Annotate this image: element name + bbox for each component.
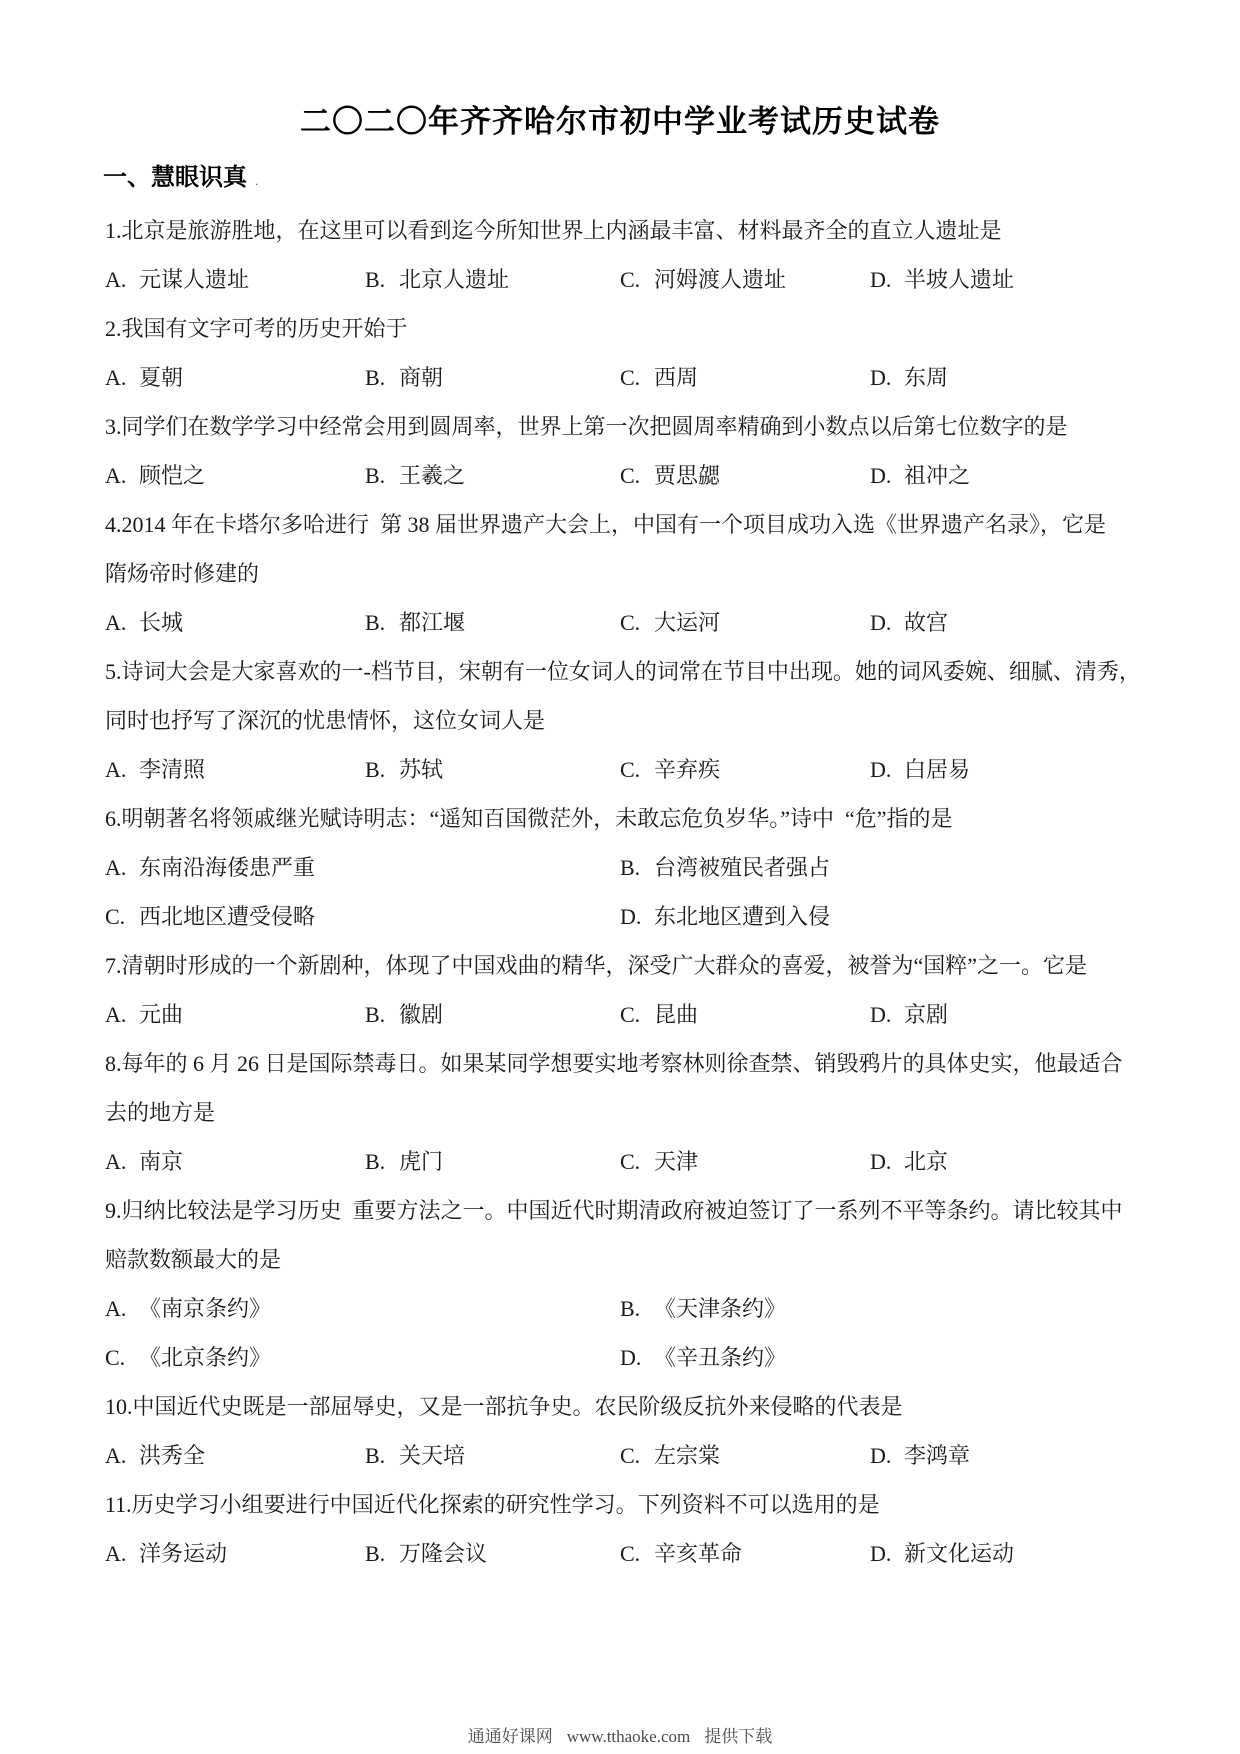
option-letter: D. xyxy=(870,1137,904,1186)
option-text: 西周 xyxy=(654,365,698,390)
exam-body: 1.北京是旅游胜地，在这里可以看到迄今所知世界上内涵最丰富、材料最齐全的直立人遗… xyxy=(105,206,1145,1578)
question-10-options: A.洪秀全 B.关天培 C.左宗棠 D.李鸿章 xyxy=(105,1431,1145,1480)
option-text: 《辛丑条约》 xyxy=(654,1345,786,1370)
question-4-option-d: D.故宫 xyxy=(870,598,1145,647)
option-letter: A. xyxy=(105,745,139,794)
question-5-option-d: D.白居易 xyxy=(870,745,1145,794)
option-letter: D. xyxy=(870,745,904,794)
option-text: 故宫 xyxy=(904,610,948,635)
question-6-text: 6.明朝著名将领戚继光赋诗明志：“遥知百国微茫外，未敢忘危负岁华。”诗中 “危”… xyxy=(105,794,1145,843)
question-10-option-a: A.洪秀全 xyxy=(105,1431,365,1480)
question-4-options: A.长城 B.都江堰 C.大运河 D.故宫 xyxy=(105,598,1145,647)
question-7-option-c: C.昆曲 xyxy=(620,990,870,1039)
question-11-text: 11.历史学习小组要进行中国近代化探索的研究性学习。下列资料不可以选用的是 xyxy=(105,1480,1145,1529)
option-text: 昆曲 xyxy=(654,1002,698,1027)
question-4-option-a: A.长城 xyxy=(105,598,365,647)
question-1-options: A.元谋人遗址 B.北京人遗址 C.河姆渡人遗址 D.半坡人遗址 xyxy=(105,255,1145,304)
question-7-option-b: B.徽剧 xyxy=(365,990,620,1039)
section-heading-mark: . xyxy=(255,174,258,188)
question-2-option-b: B.商朝 xyxy=(365,353,620,402)
question-8-option-c: C.天津 xyxy=(620,1137,870,1186)
option-text: 辛亥革命 xyxy=(654,1541,742,1566)
option-letter: B. xyxy=(365,1431,399,1480)
option-text: 《天津条约》 xyxy=(654,1296,786,1321)
question-10-option-d: D.李鸿章 xyxy=(870,1431,1145,1480)
question-3-options: A.顾恺之 B.王羲之 C.贾思勰 D.祖冲之 xyxy=(105,451,1145,500)
option-letter: A. xyxy=(105,353,139,402)
question-10-option-c: C.左宗棠 xyxy=(620,1431,870,1480)
question-9-options-row-2: C.《北京条约》 D.《辛丑条约》 xyxy=(105,1333,1145,1382)
option-letter: B. xyxy=(365,1137,399,1186)
question-1-option-b: B.北京人遗址 xyxy=(365,255,620,304)
option-text: 辛弃疾 xyxy=(654,757,720,782)
option-letter: B. xyxy=(365,451,399,500)
question-3-option-d: D.祖冲之 xyxy=(870,451,1145,500)
section-heading: 一、慧眼识真. xyxy=(103,157,258,192)
option-text: 贾思勰 xyxy=(654,463,720,488)
option-text: 左宗棠 xyxy=(654,1443,720,1468)
question-10-text: 10.中国近代史既是一部屈辱史，又是一部抗争史。农民阶级反抗外来侵略的代表是 xyxy=(105,1382,1145,1431)
question-6-option-a: A.东南沿海倭患严重 xyxy=(105,843,620,892)
question-5-options: A.李清照 B.苏轼 C.辛弃疾 D.白居易 xyxy=(105,745,1145,794)
option-text: 《南京条约》 xyxy=(139,1296,271,1321)
question-3-option-a: A.顾恺之 xyxy=(105,451,365,500)
option-letter: C. xyxy=(620,255,654,304)
question-4-text-2: 隋炀帝时修建的 xyxy=(105,549,1145,598)
option-text: 西北地区遭受侵略 xyxy=(139,904,315,929)
option-letter: C. xyxy=(620,598,654,647)
question-3-text: 3.同学们在数学学习中经常会用到圆周率，世界上第一次把圆周率精确到小数点以后第七… xyxy=(105,402,1145,451)
question-9-option-d: D.《辛丑条约》 xyxy=(620,1333,1145,1382)
footer-url: www.tthaoke.com xyxy=(567,1727,691,1746)
question-8-text-2: 去的地方是 xyxy=(105,1088,1145,1137)
option-text: 关天培 xyxy=(399,1443,465,1468)
option-text: 京剧 xyxy=(904,1002,948,1027)
option-letter: A. xyxy=(105,1529,139,1578)
question-6-option-c: C.西北地区遭受侵略 xyxy=(105,892,620,941)
option-letter: B. xyxy=(620,843,654,892)
option-letter: C. xyxy=(620,1529,654,1578)
option-letter: A. xyxy=(105,255,139,304)
question-3-option-c: C.贾思勰 xyxy=(620,451,870,500)
question-1-option-c: C.河姆渡人遗址 xyxy=(620,255,870,304)
option-letter: C. xyxy=(620,1137,654,1186)
option-letter: A. xyxy=(105,1431,139,1480)
option-letter: C. xyxy=(620,353,654,402)
option-text: 北京人遗址 xyxy=(399,267,509,292)
question-11-option-d: D.新文化运动 xyxy=(870,1529,1145,1578)
option-text: 李清照 xyxy=(139,757,205,782)
option-letter: A. xyxy=(105,990,139,1039)
option-text: 新文化运动 xyxy=(904,1541,1014,1566)
question-1-option-a: A.元谋人遗址 xyxy=(105,255,365,304)
question-9-text: 9.归纳比较法是学习历史 重要方法之一。中国近代时期清政府被迫签订了一系列不平等… xyxy=(105,1186,1145,1235)
option-letter: D. xyxy=(620,1333,654,1382)
option-text: 都江堰 xyxy=(399,610,465,635)
option-text: 虎门 xyxy=(399,1149,443,1174)
option-text: 台湾被殖民者强占 xyxy=(654,855,830,880)
option-letter: B. xyxy=(620,1284,654,1333)
question-6-options-row-2: C.西北地区遭受侵略 D.东北地区遭到入侵 xyxy=(105,892,1145,941)
page-footer: 通通好课网www.tthaoke.com提供下载 xyxy=(0,1722,1240,1747)
option-text: 东南沿海倭患严重 xyxy=(139,855,315,880)
option-text: 半坡人遗址 xyxy=(904,267,1014,292)
question-9-options-row-1: A.《南京条约》 B.《天津条约》 xyxy=(105,1284,1145,1333)
option-letter: D. xyxy=(870,1431,904,1480)
question-5-option-b: B.苏轼 xyxy=(365,745,620,794)
question-2-text: 2.我国有文字可考的历史开始于 xyxy=(105,304,1145,353)
question-2-options: A.夏朝 B.商朝 C.西周 D.东周 xyxy=(105,353,1145,402)
option-letter: A. xyxy=(105,451,139,500)
option-text: 东周 xyxy=(904,365,948,390)
question-4-option-b: B.都江堰 xyxy=(365,598,620,647)
option-text: 洪秀全 xyxy=(139,1443,205,1468)
option-text: 徽剧 xyxy=(399,1002,443,1027)
option-text: 元谋人遗址 xyxy=(139,267,249,292)
option-letter: B. xyxy=(365,745,399,794)
question-4-text: 4.2014 年在卡塔尔多哈进行 第 38 届世界遗产大会上，中国有一个项目成功… xyxy=(105,500,1145,549)
option-text: 商朝 xyxy=(399,365,443,390)
option-letter: C. xyxy=(105,892,139,941)
option-text: 元曲 xyxy=(139,1002,183,1027)
question-8-option-a: A.南京 xyxy=(105,1137,365,1186)
option-letter: D. xyxy=(870,255,904,304)
option-letter: D. xyxy=(620,892,654,941)
option-letter: B. xyxy=(365,353,399,402)
question-7-option-a: A.元曲 xyxy=(105,990,365,1039)
question-6-option-b: B.台湾被殖民者强占 xyxy=(620,843,1145,892)
question-8-options: A.南京 B.虎门 C.天津 D.北京 xyxy=(105,1137,1145,1186)
option-letter: A. xyxy=(105,843,139,892)
question-11-options: A.洋务运动 B.万隆会议 C.辛亥革命 D.新文化运动 xyxy=(105,1529,1145,1578)
option-letter: C. xyxy=(620,451,654,500)
option-text: 白居易 xyxy=(904,757,970,782)
question-8-option-b: B.虎门 xyxy=(365,1137,620,1186)
option-text: 苏轼 xyxy=(399,757,443,782)
question-11-option-b: B.万隆会议 xyxy=(365,1529,620,1578)
option-letter: D. xyxy=(870,353,904,402)
option-letter: C. xyxy=(105,1333,139,1382)
option-text: 洋务运动 xyxy=(139,1541,227,1566)
question-6-options-row-1: A.东南沿海倭患严重 B.台湾被殖民者强占 xyxy=(105,843,1145,892)
option-letter: C. xyxy=(620,990,654,1039)
question-3-option-b: B.王羲之 xyxy=(365,451,620,500)
question-5-text: 5.诗词大会是大家喜欢的一-档节目，宋朝有一位女词人的词常在节目中出现。她的词风… xyxy=(105,647,1145,696)
option-text: 王羲之 xyxy=(399,463,465,488)
option-text: 河姆渡人遗址 xyxy=(654,267,786,292)
option-letter: A. xyxy=(105,1137,139,1186)
question-5-text-2: 同时也抒写了深沉的忧患情怀，这位女词人是 xyxy=(105,696,1145,745)
option-text: 《北京条约》 xyxy=(139,1345,271,1370)
option-letter: A. xyxy=(105,598,139,647)
option-letter: A. xyxy=(105,1284,139,1333)
option-text: 夏朝 xyxy=(139,365,183,390)
question-6-option-d: D.东北地区遭到入侵 xyxy=(620,892,1145,941)
question-9-text-2: 赔款数额最大的是 xyxy=(105,1235,1145,1284)
option-text: 天津 xyxy=(654,1149,698,1174)
option-text: 大运河 xyxy=(654,610,720,635)
question-8-text: 8.每年的 6 月 26 日是国际禁毒日。如果某同学想要实地考察林则徐查禁、销毁… xyxy=(105,1039,1145,1088)
option-letter: C. xyxy=(620,745,654,794)
option-text: 东北地区遭到入侵 xyxy=(654,904,830,929)
option-letter: B. xyxy=(365,990,399,1039)
question-7-text: 7.清朝时形成的一个新剧种，体现了中国戏曲的精华，深受广大群众的喜爱，被誉为“国… xyxy=(105,941,1145,990)
option-letter: D. xyxy=(870,451,904,500)
question-2-option-d: D.东周 xyxy=(870,353,1145,402)
option-letter: B. xyxy=(365,598,399,647)
question-9-option-b: B.《天津条约》 xyxy=(620,1284,1145,1333)
question-7-option-d: D.京剧 xyxy=(870,990,1145,1039)
question-11-option-a: A.洋务运动 xyxy=(105,1529,365,1578)
page-title: 二〇二〇年齐齐哈尔市初中学业考试历史试卷 xyxy=(0,96,1240,141)
question-10-option-b: B.关天培 xyxy=(365,1431,620,1480)
question-1-option-d: D.半坡人遗址 xyxy=(870,255,1145,304)
question-5-option-c: C.辛弃疾 xyxy=(620,745,870,794)
option-text: 长城 xyxy=(139,610,183,635)
question-8-option-d: D.北京 xyxy=(870,1137,1145,1186)
option-text: 北京 xyxy=(904,1149,948,1174)
option-letter: D. xyxy=(870,598,904,647)
option-letter: B. xyxy=(365,1529,399,1578)
option-text: 李鸿章 xyxy=(904,1443,970,1468)
question-9-option-c: C.《北京条约》 xyxy=(105,1333,620,1382)
question-9-option-a: A.《南京条约》 xyxy=(105,1284,620,1333)
option-text: 万隆会议 xyxy=(399,1541,487,1566)
section-heading-text: 一、慧眼识真 xyxy=(103,164,247,191)
option-text: 祖冲之 xyxy=(904,463,970,488)
option-letter: D. xyxy=(870,1529,904,1578)
question-2-option-a: A.夏朝 xyxy=(105,353,365,402)
question-5-option-a: A.李清照 xyxy=(105,745,365,794)
question-1-text: 1.北京是旅游胜地，在这里可以看到迄今所知世界上内涵最丰富、材料最齐全的直立人遗… xyxy=(105,206,1145,255)
option-text: 南京 xyxy=(139,1149,183,1174)
question-4-option-c: C.大运河 xyxy=(620,598,870,647)
option-letter: D. xyxy=(870,990,904,1039)
option-letter: C. xyxy=(620,1431,654,1480)
option-text: 顾恺之 xyxy=(139,463,205,488)
footer-site-name: 通通好课网 xyxy=(468,1727,553,1746)
question-7-options: A.元曲 B.徽剧 C.昆曲 D.京剧 xyxy=(105,990,1145,1039)
footer-suffix: 提供下载 xyxy=(704,1727,772,1746)
option-letter: B. xyxy=(365,255,399,304)
question-2-option-c: C.西周 xyxy=(620,353,870,402)
question-11-option-c: C.辛亥革命 xyxy=(620,1529,870,1578)
